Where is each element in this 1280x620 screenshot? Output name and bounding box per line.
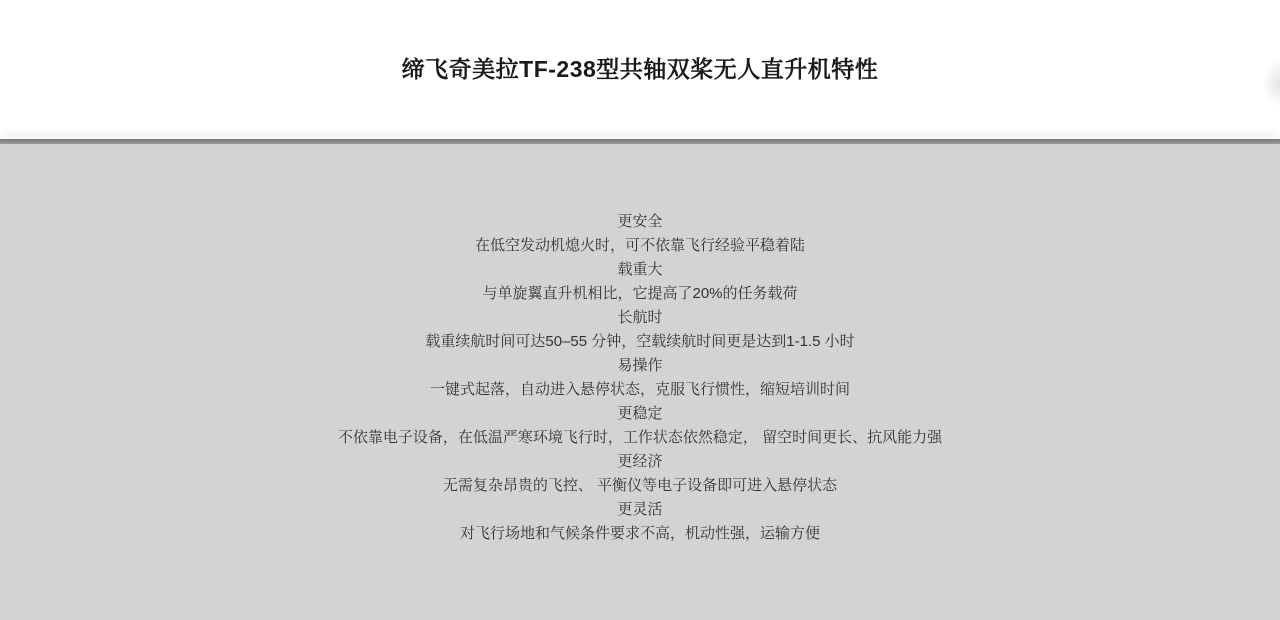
feature-title: 载重大 xyxy=(0,258,1280,282)
feature-title: 更安全 xyxy=(0,210,1280,234)
feature-item: 长航时 载重续航时间可达50–55 分钟，空载续航时间更是达到1-1.5 小时 xyxy=(0,306,1280,354)
feature-description: 不依靠电子设备，在低温严寒环境飞行时，工作状态依然稳定， 留空时间更长、抗风能力… xyxy=(0,426,1280,450)
feature-description: 对飞行场地和气候条件要求不高，机动性强，运输方便 xyxy=(0,522,1280,546)
page-title: 缔飞奇美拉TF-238型共轴双桨无人直升机特性 xyxy=(0,55,1280,83)
content-area: 更安全 在低空发动机熄火时，可不依靠飞行经验平稳着陆 载重大 与单旋翼直升机相比… xyxy=(0,144,1280,620)
feature-item: 更稳定 不依靠电子设备，在低温严寒环境飞行时，工作状态依然稳定， 留空时间更长、… xyxy=(0,402,1280,450)
feature-title: 长航时 xyxy=(0,306,1280,330)
feature-item: 易操作 一键式起落，自动进入悬停状态，克服飞行惯性，缩短培训时间 xyxy=(0,354,1280,402)
header-divider xyxy=(0,139,1280,144)
feature-description: 与单旋翼直升机相比，它提高了20%的任务载荷 xyxy=(0,282,1280,306)
features-list: 更安全 在低空发动机熄火时，可不依靠飞行经验平稳着陆 载重大 与单旋翼直升机相比… xyxy=(0,210,1280,546)
feature-title: 易操作 xyxy=(0,354,1280,378)
feature-item: 更灵活 对飞行场地和气候条件要求不高，机动性强，运输方便 xyxy=(0,498,1280,546)
feature-item: 更经济 无需复杂昂贵的飞控、 平衡仪等电子设备即可进入悬停状态 xyxy=(0,450,1280,498)
feature-description: 一键式起落，自动进入悬停状态，克服飞行惯性，缩短培训时间 xyxy=(0,378,1280,402)
slide-page: 缔飞奇美拉TF-238型共轴双桨无人直升机特性 更安全 在低空发动机熄火时，可不… xyxy=(0,0,1280,620)
feature-title: 更稳定 xyxy=(0,402,1280,426)
slide-header: 缔飞奇美拉TF-238型共轴双桨无人直升机特性 xyxy=(0,0,1280,139)
feature-item: 载重大 与单旋翼直升机相比，它提高了20%的任务载荷 xyxy=(0,258,1280,306)
feature-title: 更灵活 xyxy=(0,498,1280,522)
feature-description: 无需复杂昂贵的飞控、 平衡仪等电子设备即可进入悬停状态 xyxy=(0,474,1280,498)
feature-item: 更安全 在低空发动机熄火时，可不依靠飞行经验平稳着陆 xyxy=(0,210,1280,258)
feature-description: 在低空发动机熄火时，可不依靠飞行经验平稳着陆 xyxy=(0,234,1280,258)
feature-title: 更经济 xyxy=(0,450,1280,474)
feature-description: 载重续航时间可达50–55 分钟，空载续航时间更是达到1-1.5 小时 xyxy=(0,330,1280,354)
